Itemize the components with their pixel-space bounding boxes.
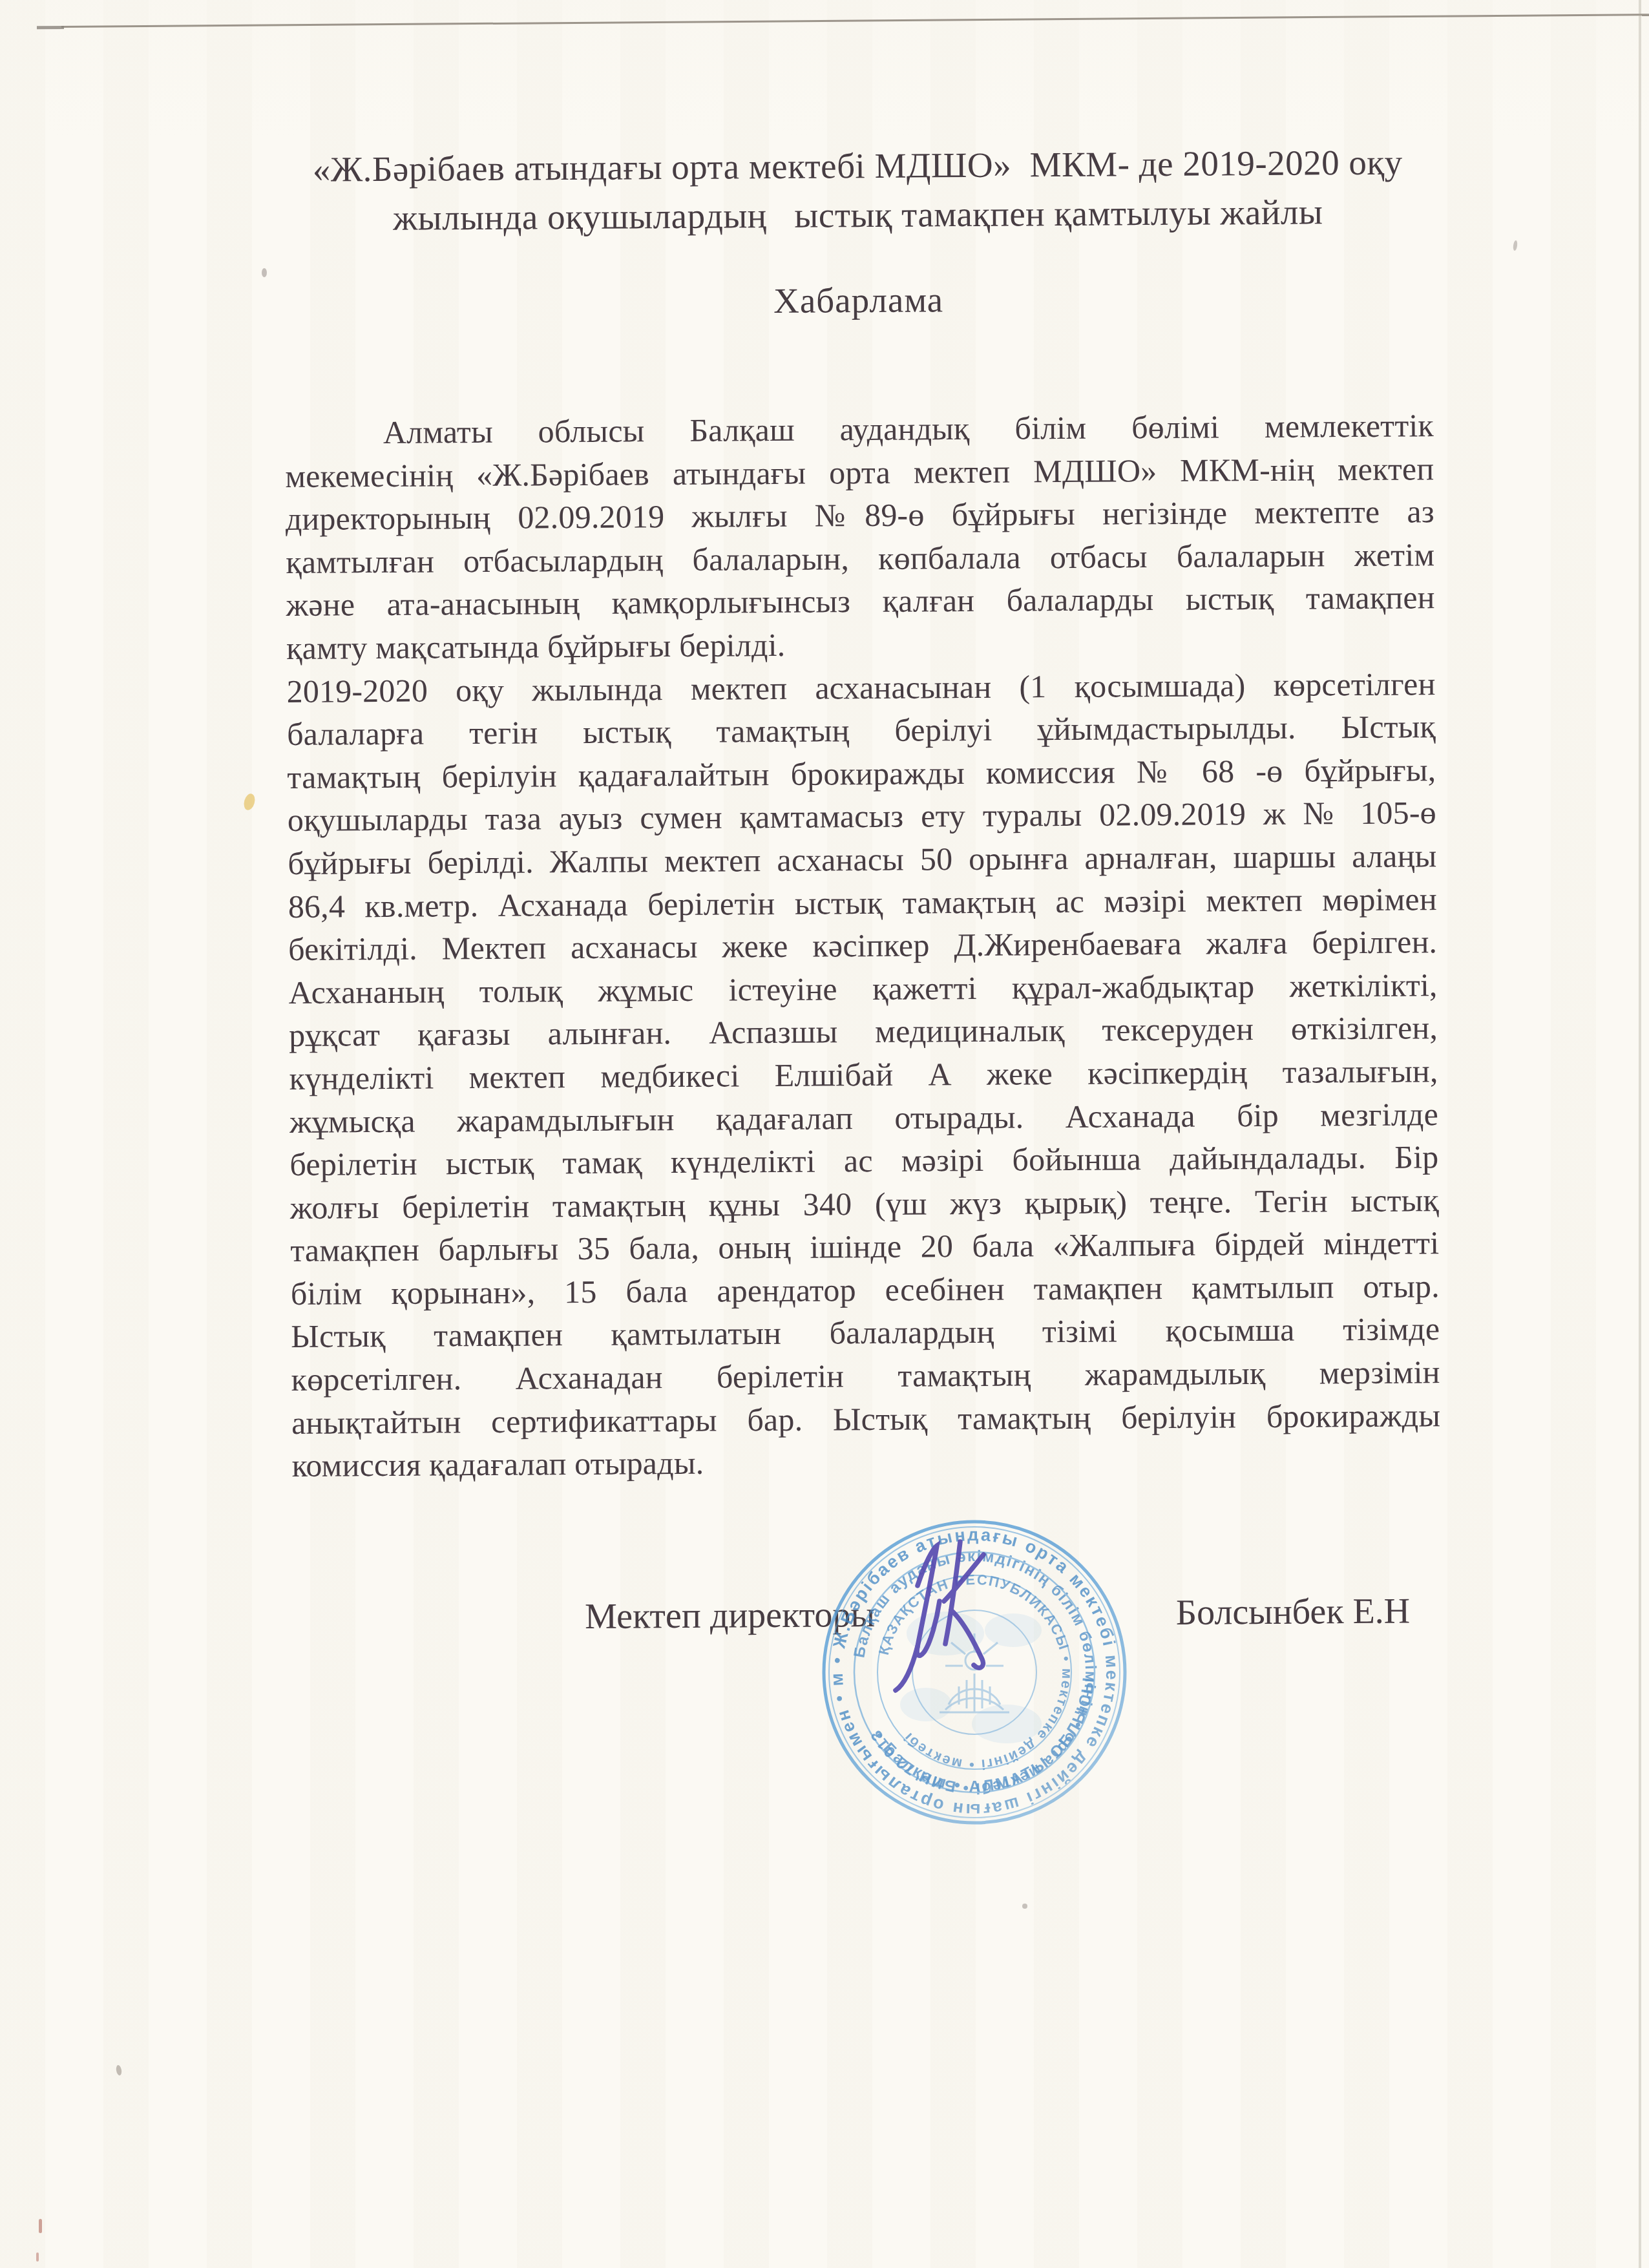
body-line: күнделікті мектеп медбикесі Елшібай А же…: [289, 1049, 1438, 1100]
document-content: «Ж.Бәрібаев атындағы орта мектебі МДШО» …: [283, 138, 1442, 1641]
body-line: рұқсат қағазы алынған. Аспазшы медицинал…: [289, 1006, 1438, 1056]
document-title-line1: «Ж.Бәрібаев атындағы орта мектебі МДШО» …: [283, 138, 1432, 194]
scan-speck: [116, 2064, 123, 2075]
body-line: комиссия қадағалап отырады.: [291, 1436, 1440, 1487]
body-line: балаларға тегін ыстық тамақтың берілуі ұ…: [287, 705, 1436, 755]
scan-edge-line: [61, 14, 1649, 28]
body-line: 2019-2020 оқу жылында мектеп асханасынан…: [286, 662, 1435, 713]
document-heading: Хабарлама: [284, 272, 1433, 329]
body-line: анықтайтын сертификаттары бар. Ыстық там…: [291, 1394, 1440, 1444]
scan-speck: [262, 268, 267, 277]
body-line: директорының 02.09.2019 жылғы №89-ө бұйр…: [286, 490, 1434, 540]
scan-speck-yellow: [242, 792, 257, 811]
scan-speck: [1513, 240, 1518, 251]
body-line: тамақтың берілуін қадағалайтын брокиражд…: [287, 748, 1436, 799]
scan-speck-red: [39, 2219, 42, 2233]
body-line: Алматы облысы Балқаш аудандық білім бөлі…: [285, 404, 1434, 454]
body-line: Асхананың толық жұмыс істеуіне қажетті қ…: [288, 963, 1437, 1014]
body-line: жұмысқа жарамдылығын қадағалап отырады. …: [289, 1093, 1438, 1143]
signature-name: Болсынбек Е.Н: [1176, 1591, 1411, 1632]
body-line: мекемесінің «Ж.Бәрібаев атындағы орта ме…: [285, 447, 1434, 498]
body-line: бұйрығы берілді. Жалпы мектеп асханасы 5…: [288, 834, 1436, 885]
body-line: жолғы берілетін тамақтың құны 340 (үш жү…: [290, 1179, 1439, 1229]
body-line: қамту мақсатында бұйрығы берілді.: [286, 619, 1435, 669]
body-line: 86,4 кв.метр. Асханада берілетін ыстық т…: [288, 877, 1437, 928]
scanned-document-page: «Ж.Бәрібаев атындағы орта мектебі МДШО» …: [0, 0, 1649, 2268]
director-signature: [884, 1522, 1033, 1697]
scan-right-edge: [1639, 0, 1641, 2268]
body-text: Алматы облысы Балқаш аудандық білім бөлі…: [285, 404, 1441, 1487]
body-line: қамтылған отбасылардың балаларын, көпбал…: [286, 533, 1434, 583]
body-line: көрсетілген. Асханадан берілетін тамақты…: [291, 1350, 1440, 1401]
body-line: оқушыларды таза ауыз сумен қамтамасыз ет…: [288, 792, 1436, 842]
body-line: Ыстық тамақпен қамтылатын балалардың тіз…: [291, 1308, 1440, 1358]
body-line: білім қорынан», 15 бала арендатор есебін…: [291, 1265, 1440, 1315]
body-line: және ата-анасының қамқорлығынсыз қалған …: [286, 576, 1434, 627]
body-line: тамақпен барлығы 35 бала, оның ішінде 20…: [290, 1221, 1439, 1272]
body-line: берілетін ыстық тамақ күнделікті ас мәзі…: [289, 1135, 1438, 1186]
scan-speck-red: [36, 2252, 39, 2262]
document-title-line2: жылында оқушылардың ыстық тамақпен қамты…: [284, 187, 1433, 244]
body-line: бекітілді. Мектеп асханасы жеке кәсіпкер…: [288, 920, 1437, 971]
scan-speck: [1022, 1904, 1027, 1909]
